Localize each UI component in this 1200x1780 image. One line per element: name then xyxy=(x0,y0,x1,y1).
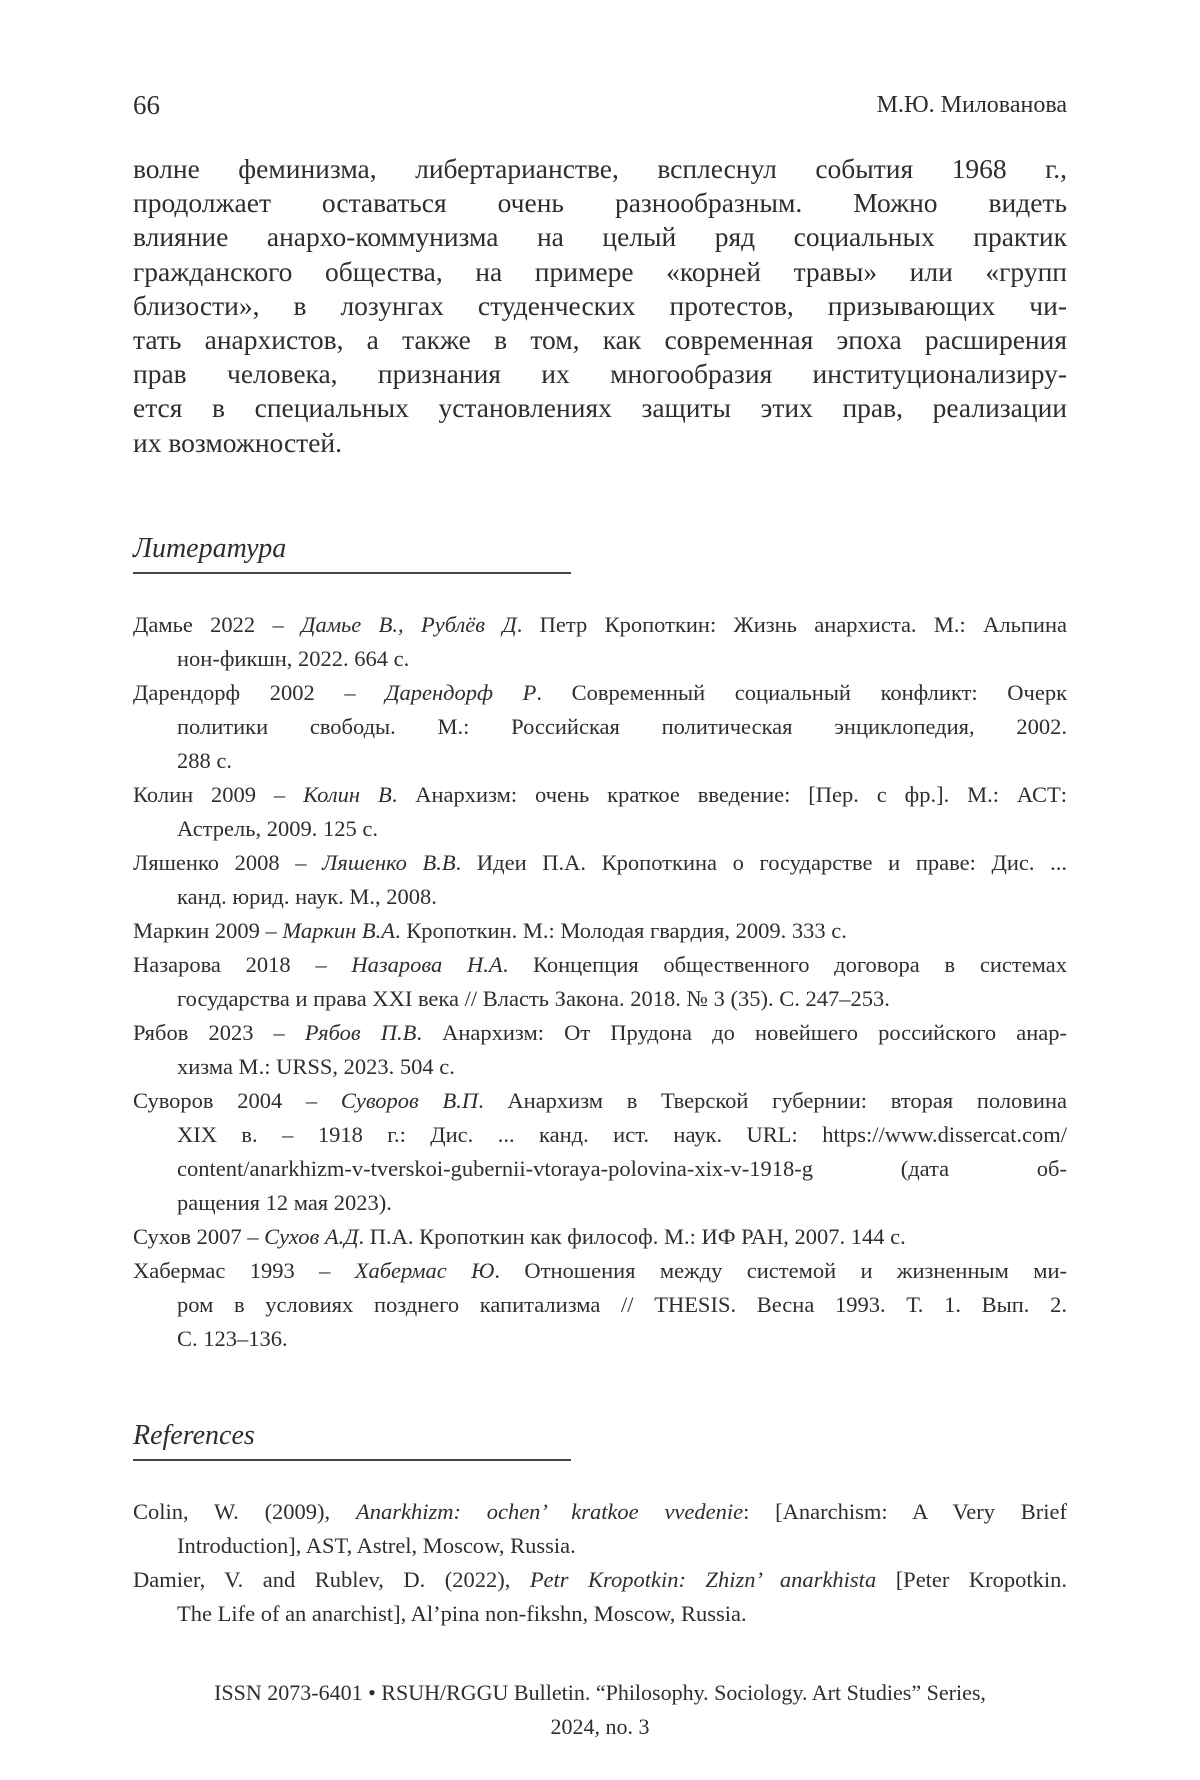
reference-text: content/anarkhizm-v-tverskoi-gubernii-vt… xyxy=(177,1156,1067,1181)
reference-text: . Анархизм: От Прудона до новейшего росс… xyxy=(416,1020,1067,1045)
reference-text: Колин 2009 – xyxy=(133,782,303,807)
reference-text: . Отношения между системой и жизненным м… xyxy=(494,1258,1067,1283)
body-paragraph: волне феминизма, либертарианстве, всплес… xyxy=(133,152,1067,460)
reference-line: хизма М.: URSS, 2023. 504 с. xyxy=(133,1050,1067,1084)
reference-author-italic: Anarkhizm: ochen’ kratkoe vvedenie xyxy=(356,1499,743,1524)
reference-entry: Колин 2009 – Колин В. Анархизм: очень кр… xyxy=(133,778,1067,846)
reference-entry: Colin, W. (2009), Anarkhizm: ochen’ krat… xyxy=(133,1495,1067,1563)
reference-entry: Хабермас 1993 – Хабермас Ю. Отношения ме… xyxy=(133,1254,1067,1356)
reference-text: Астрель, 2009. 125 с. xyxy=(177,816,378,841)
reference-text: [Peter Kropotkin. xyxy=(876,1567,1067,1592)
reference-line: Ляшенко 2008 – Ляшенко В.В. Идеи П.А. Кр… xyxy=(133,846,1067,880)
reference-text: хизма М.: URSS, 2023. 504 с. xyxy=(177,1054,455,1079)
reference-line: 288 с. xyxy=(133,744,1067,778)
body-line: их возможностей. xyxy=(133,426,1067,460)
reference-text: нон-фикшн, 2022. 664 с. xyxy=(177,646,409,671)
reference-author-italic: Petr Kropotkin: Zhizn’ anarkhista xyxy=(530,1567,876,1592)
reference-entry: Сухов 2007 – Сухов А.Д. П.А. Кропоткин к… xyxy=(133,1220,1067,1254)
reference-text: Назарова 2018 – xyxy=(133,952,351,977)
literature-list: Дамье 2022 – Дамье В., Рублёв Д. Петр Кр… xyxy=(133,608,1067,1356)
reference-text: . П.А. Кропоткин как философ. М.: ИФ РАН… xyxy=(359,1224,906,1249)
page-number: 66 xyxy=(133,88,160,122)
reference-entry: Damier, V. and Rublev, D. (2022), Petr K… xyxy=(133,1563,1067,1631)
reference-text: . Кропоткин. М.: Молодая гвардия, 2009. … xyxy=(395,918,847,943)
reference-text: Дарендорф 2002 – xyxy=(133,680,385,705)
reference-line: Астрель, 2009. 125 с. xyxy=(133,812,1067,846)
reference-line: С. 123–136. xyxy=(133,1322,1067,1356)
references-heading: References xyxy=(133,1419,571,1461)
reference-author-italic: Назарова Н.А xyxy=(351,952,502,977)
reference-line: Хабермас 1993 – Хабермас Ю. Отношения ме… xyxy=(133,1254,1067,1288)
reference-line: content/anarkhizm-v-tverskoi-gubernii-vt… xyxy=(133,1152,1067,1186)
reference-entry: Суворов 2004 – Суворов В.П. Анархизм в Т… xyxy=(133,1084,1067,1220)
reference-text: политики свободы. М.: Российская политич… xyxy=(177,714,1067,739)
footer-issue-line: 2024, no. 3 xyxy=(0,1710,1200,1744)
reference-line: Суворов 2004 – Суворов В.П. Анархизм в Т… xyxy=(133,1084,1067,1118)
reference-author-italic: Дарендорф Р xyxy=(385,680,536,705)
body-line: гражданского общества, на примере «корне… xyxy=(133,255,1067,289)
reference-entry: Дамье 2022 – Дамье В., Рублёв Д. Петр Кр… xyxy=(133,608,1067,676)
body-line: тать анархистов, а также в том, как совр… xyxy=(133,323,1067,357)
reference-author-italic: Колин В xyxy=(303,782,392,807)
body-line: волне феминизма, либертарианстве, всплес… xyxy=(133,152,1067,186)
reference-text: Хабермас 1993 – xyxy=(133,1258,355,1283)
reference-line: государства и права XXI века // Власть З… xyxy=(133,982,1067,1016)
reference-text: XIX в. – 1918 г.: Дис. ... канд. ист. на… xyxy=(177,1122,1067,1147)
reference-line: Colin, W. (2009), Anarkhizm: ochen’ krat… xyxy=(133,1495,1067,1529)
reference-author-italic: Хабермас Ю xyxy=(355,1258,495,1283)
reference-line: XIX в. – 1918 г.: Дис. ... канд. ист. на… xyxy=(133,1118,1067,1152)
journal-footer: ISSN 2073-6401 • RSUH/RGGU Bulletin. “Ph… xyxy=(0,1676,1200,1744)
reference-text: Introduction], AST, Astrel, Moscow, Russ… xyxy=(177,1533,576,1558)
body-line: ется в специальных установлениях защиты … xyxy=(133,391,1067,425)
reference-text: канд. юрид. наук. М., 2008. xyxy=(177,884,437,909)
reference-author-italic: Сухов А.Д xyxy=(264,1224,358,1249)
body-line: близости», в лозунгах студенческих проте… xyxy=(133,289,1067,323)
reference-line: Дарендорф 2002 – Дарендорф Р. Современны… xyxy=(133,676,1067,710)
references-list: Colin, W. (2009), Anarkhizm: ochen’ krat… xyxy=(133,1495,1067,1631)
reference-text: ращения 12 мая 2023). xyxy=(177,1190,392,1215)
reference-entry: Ляшенко 2008 – Ляшенко В.В. Идеи П.А. Кр… xyxy=(133,846,1067,914)
reference-text: С. 123–136. xyxy=(177,1326,288,1351)
reference-text: Damier, V. and Rublev, D. (2022), xyxy=(133,1567,530,1592)
reference-text: Ляшенко 2008 – xyxy=(133,850,322,875)
reference-text: Colin, W. (2009), xyxy=(133,1499,356,1524)
reference-text: . Идеи П.А. Кропоткина о государстве и п… xyxy=(456,850,1067,875)
reference-text: Дамье 2022 – xyxy=(133,612,301,637)
reference-text: . Современный социальный конфликт: Очерк xyxy=(536,680,1067,705)
reference-text: . Петр Кропоткин: Жизнь анархиста. М.: А… xyxy=(517,612,1067,637)
reference-entry: Дарендорф 2002 – Дарендорф Р. Современны… xyxy=(133,676,1067,778)
reference-line: нон-фикшн, 2022. 664 с. xyxy=(133,642,1067,676)
reference-line: Дамье 2022 – Дамье В., Рублёв Д. Петр Кр… xyxy=(133,608,1067,642)
reference-line: Damier, V. and Rublev, D. (2022), Petr K… xyxy=(133,1563,1067,1597)
reference-author-italic: Ляшенко В.В xyxy=(322,850,456,875)
reference-line: канд. юрид. наук. М., 2008. xyxy=(133,880,1067,914)
reference-entry: Назарова 2018 – Назарова Н.А. Концепция … xyxy=(133,948,1067,1016)
reference-entry: Рябов 2023 – Рябов П.В. Анархизм: От Пру… xyxy=(133,1016,1067,1084)
reference-entry: Маркин 2009 – Маркин В.А. Кропоткин. М.:… xyxy=(133,914,1067,948)
author-running-head: М.Ю. Милованова xyxy=(877,88,1067,122)
reference-line: ром в условиях позднего капитализма // T… xyxy=(133,1288,1067,1322)
footer-issn-line: ISSN 2073-6401 • RSUH/RGGU Bulletin. “Ph… xyxy=(0,1676,1200,1710)
reference-text: : [Anarchism: A Very Brief xyxy=(743,1499,1067,1524)
reference-author-italic: Маркин В.А xyxy=(282,918,395,943)
body-line: продолжает оставаться очень разнообразны… xyxy=(133,186,1067,220)
reference-text: Суворов 2004 – xyxy=(133,1088,341,1113)
body-line: влияние анархо-коммунизма на целый ряд с… xyxy=(133,220,1067,254)
reference-line: Сухов 2007 – Сухов А.Д. П.А. Кропоткин к… xyxy=(133,1220,1067,1254)
body-line: прав человека, признания их многообразия… xyxy=(133,357,1067,391)
reference-text: . Анархизм: очень краткое введение: [Пер… xyxy=(392,782,1067,807)
running-head: 66 М.Ю. Милованова xyxy=(133,88,1067,122)
reference-text: 288 с. xyxy=(177,748,232,773)
reference-line: Колин 2009 – Колин В. Анархизм: очень кр… xyxy=(133,778,1067,812)
reference-line: Назарова 2018 – Назарова Н.А. Концепция … xyxy=(133,948,1067,982)
reference-author-italic: Дамье В., Рублёв Д xyxy=(301,612,517,637)
reference-line: Introduction], AST, Astrel, Moscow, Russ… xyxy=(133,1529,1067,1563)
reference-text: . Концепция общественного договора в сис… xyxy=(503,952,1067,977)
reference-line: Рябов 2023 – Рябов П.В. Анархизм: От Пру… xyxy=(133,1016,1067,1050)
reference-text: Сухов 2007 – xyxy=(133,1224,264,1249)
reference-author-italic: Суворов В.П xyxy=(341,1088,478,1113)
reference-line: ращения 12 мая 2023). xyxy=(133,1186,1067,1220)
reference-text: The Life of an anarchist], Al’pina non-f… xyxy=(177,1601,747,1626)
reference-author-italic: Рябов П.В xyxy=(305,1020,416,1045)
reference-line: The Life of an anarchist], Al’pina non-f… xyxy=(133,1597,1067,1631)
reference-text: государства и права XXI века // Власть З… xyxy=(177,986,890,1011)
reference-line: Маркин 2009 – Маркин В.А. Кропоткин. М.:… xyxy=(133,914,1067,948)
reference-text: Маркин 2009 – xyxy=(133,918,282,943)
reference-text: Рябов 2023 – xyxy=(133,1020,305,1045)
reference-line: политики свободы. М.: Российская политич… xyxy=(133,710,1067,744)
reference-text: ром в условиях позднего капитализма // T… xyxy=(177,1292,1067,1317)
literature-heading: Литература xyxy=(133,532,571,574)
reference-text: . Анархизм в Тверской губернии: вторая п… xyxy=(478,1088,1067,1113)
